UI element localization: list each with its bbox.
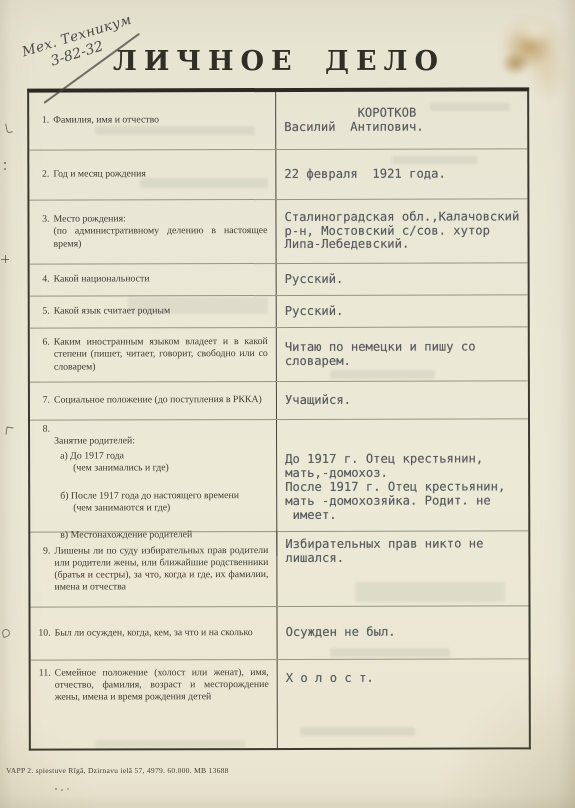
question-number: 7. (36, 395, 50, 407)
question-text: Какой национальности (54, 273, 268, 286)
handwritten-note: Мех. Техникум 3-82-32 (12, 6, 182, 116)
table-row-9: 9. Лишены ли по суду избирательных прав … (30, 531, 528, 607)
answer-text: Осужден не был. (286, 626, 396, 640)
question-text: Каким иностранным языком владеет и в как… (54, 336, 268, 373)
answer-cell: Читаю по немецки и пишу со словарем. (277, 327, 528, 381)
answer-cell: Осужден не был. (277, 606, 528, 659)
answer-cell: Х о л о с т. (278, 659, 529, 748)
question-number: 1. (35, 115, 49, 127)
printer-imprint: VAPP 2. spiestuve Rīgā, Dzirnavu ielā 57… (6, 766, 229, 775)
question-number: 3. (35, 214, 49, 226)
answer-text: Х о л о с т. (286, 672, 374, 686)
answer-text: До 1917 г. Отец крестьянин, мать,-домохо… (285, 453, 505, 523)
margin-mark (4, 162, 6, 164)
question-cell: 3. Место рождения: (по административному… (29, 200, 276, 264)
question-subitem-a: а) До 1917 года (чем занимались и где) (60, 450, 268, 475)
question-cell: 9. Лишены ли по суду избирательных прав … (30, 532, 277, 607)
table-row-5: 5. Какой язык считает родным Русский. (30, 295, 528, 328)
table-row-8: 8. Занятие родителей: а) До 1917 года (ч… (30, 419, 528, 532)
question-text: Место рождения: (по административному де… (53, 213, 267, 250)
question-cell: 2. Год и месяц рождения (29, 150, 276, 200)
answer-cell: 22 февраля 1921 года. (276, 149, 527, 199)
question-text: Семейное положение (холост или женат), и… (55, 667, 269, 704)
answer-text: Читаю по немецки и пишу со словарем. (285, 340, 476, 368)
question-number: 8. (36, 424, 50, 436)
question-text: Был ли осужден, когда, кем, за что и на … (55, 627, 269, 640)
question-cell: 11. Семейное положение (холост или женат… (31, 660, 278, 749)
question-number: 4. (36, 274, 50, 286)
margin-mark (5, 427, 13, 436)
table-row-11: 11. Семейное положение (холост или женат… (31, 659, 529, 748)
answer-text: Русский. (285, 304, 344, 318)
question-number: 5. (36, 306, 50, 318)
answer-cell: Русский. (277, 295, 528, 327)
question-subitem-b: б) После 1917 года до настоящего времени… (60, 490, 268, 515)
margin-mark (1, 628, 11, 638)
question-cell: 10. Был ли осужден, когда, кем, за что и… (30, 607, 277, 660)
question-text: Лишены ли по суду избирательных прав род… (54, 545, 268, 594)
table-row-2: 2. Год и месяц рождения 22 февраля 1921 … (29, 149, 527, 200)
answer-cell: Учащийся. (277, 381, 528, 419)
margin-mark (1, 255, 9, 263)
table-row-6: 6. Каким иностранным языком владеет и в … (30, 327, 528, 382)
answer-text: 22 февраля 1921 года. (284, 167, 445, 181)
wax-stain (460, 0, 575, 106)
answer-text: Учащийся. (285, 393, 351, 407)
answer-cell: Избирательных прав никто не лишался. (277, 531, 528, 606)
question-cell: 7. Социальное положение (до поступления … (30, 382, 277, 420)
question-text: Фамилия, имя и отчество (53, 114, 267, 127)
answer-text: Избирательных прав никто не лишался. (285, 537, 483, 565)
table-row-10: 10. Был ли осужден, когда, кем, за что и… (30, 606, 528, 660)
table-row-4: 4. Какой национальности Русский. (30, 263, 528, 296)
personal-file-form-table: 1. Фамилия, имя и отчество КОРОТКОВ Васи… (27, 87, 531, 750)
question-cell: 6. Каким иностранным языком владеет и в … (30, 328, 277, 382)
question-text: Год и месяц рождения (53, 168, 267, 181)
answer-text: Русский. (285, 272, 344, 286)
question-main: Занятие родителей: (54, 436, 135, 447)
answer-cell: Сталиноградская обл.,Калачовский р-н, Мо… (276, 199, 527, 263)
answer-cell: Русский. (277, 263, 528, 295)
table-row-7: 7. Социальное положение (до поступления … (30, 381, 528, 420)
question-text: Какой язык считает родным (54, 305, 268, 318)
question-cell: 5. Какой язык считает родным (30, 296, 277, 328)
margin-mark (55, 788, 57, 790)
answer-text: Сталиноградская обл.,Калачовский р-н, Мо… (284, 210, 519, 252)
question-number: 6. (36, 337, 50, 349)
question-number: 10. (37, 628, 51, 640)
question-number: 11. (37, 668, 51, 680)
margin-mark (5, 122, 13, 133)
question-number: 2. (35, 169, 49, 181)
table-row-3: 3. Место рождения: (по административному… (29, 199, 527, 264)
answer-text: КОРОТКОВ Василий Антипович. (284, 106, 423, 134)
question-cell: 4. Какой национальности (30, 264, 277, 296)
question-text: Социальное положение (до поступления в Р… (54, 394, 268, 407)
question-number: 9. (36, 545, 50, 557)
